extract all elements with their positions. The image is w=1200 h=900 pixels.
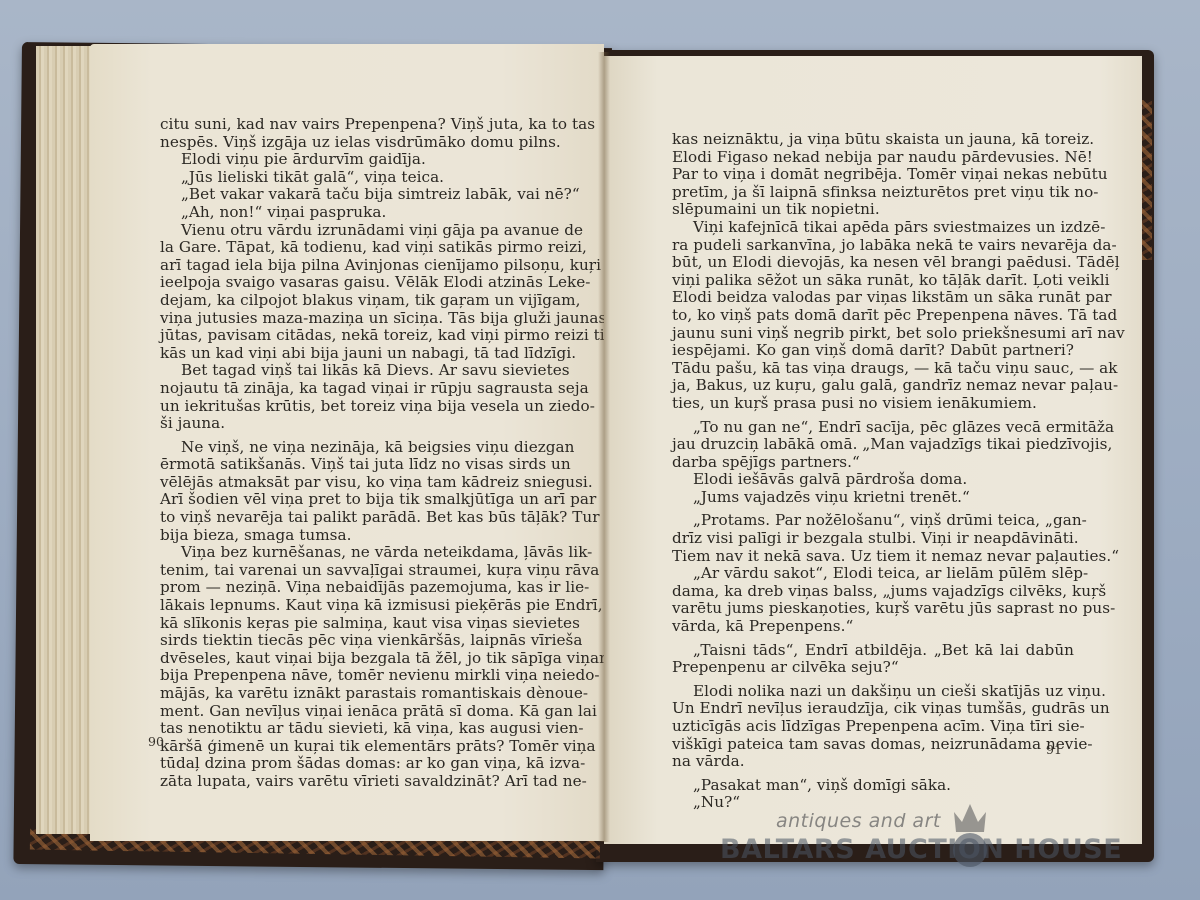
page-block-edges [36, 46, 97, 834]
text-line: jaunu suni viņš negrib pirkt, bet solo p… [672, 325, 1074, 343]
text-line: „Jūs lieliski tikāt galā“, viņa teica. [160, 169, 562, 187]
text-line: jau druzciņ labākā omā. „Man vajadzīgs t… [672, 436, 1074, 454]
text-line: ši jauna. [160, 415, 562, 433]
text-line: „Nu?“ [672, 794, 1074, 812]
text-line: kās un kad viņi abi bija jauni un nabagi… [160, 345, 562, 363]
page-number-left: 90 [148, 734, 164, 749]
right-page: kas neiznāktu, ja viņa būtu skaista un j… [604, 56, 1142, 844]
text-line: citu suni, kad nav vairs Prepenpena? Viņ… [160, 116, 562, 134]
text-line: ties, un kuŗš prasa pusi no visiem ienāk… [672, 395, 1074, 413]
text-line: Par to viņa i domāt negribēja. Tomēr viņ… [672, 166, 1074, 184]
text-line: la Gare. Tāpat, kā todienu, kad viņi sat… [160, 239, 562, 257]
text-line: Prepenpenu ar cilvēka seju?“ [672, 659, 1074, 677]
text-line: zāta lupata, vairs varētu vīrieti savald… [160, 773, 562, 791]
text-line: viņa jutusies maza-maziņa un sīciņa. Tās… [160, 310, 562, 328]
text-line: būt, un Elodi dievojās, ka nesen vēl bra… [672, 254, 1074, 272]
text-line: to, ko viņš pats domā darīt pēc Prepenpe… [672, 307, 1074, 325]
text-line: nojautu tā zināja, ka tagad viņai ir rūp… [160, 380, 562, 398]
text-line: Arī šodien vēl viņa pret to bija tik sma… [160, 491, 562, 509]
text-line: tenim, tai varenai un savvaļīgai straume… [160, 562, 562, 580]
text-line: Un Endrī nevīļus ieraudzīja, cik viņas t… [672, 700, 1074, 718]
text-line: dejam, ka cilpojot blakus viņam, tik gaŗ… [160, 292, 562, 310]
text-line: „Taisni tāds“, Endrī atbildēja. „Bet kā … [672, 642, 1074, 660]
text-line: jūtas, pavisam citādas, nekā toreiz, kad… [160, 327, 562, 345]
text-line: vēlējās atmaksāt par visu, ko viņa tam k… [160, 474, 562, 492]
left-page: citu suni, kad nav vairs Prepenpena? Viņ… [90, 44, 604, 841]
text-line: drīz visi palīgi ir bezgala stulbi. Viņi… [672, 530, 1074, 548]
text-line: arī tagad iela bija pilna Avinjonas cien… [160, 257, 562, 275]
text-line: Bet tagad viņš tai likās kā Dievs. Ar sa… [160, 362, 562, 380]
text-line: „Pasakat man“, viņš domīgi sāka. [672, 777, 1074, 795]
text-line: Viņa bez kurnēšanas, ne vārda neteikdama… [160, 544, 562, 562]
text-line: bija bieza, smaga tumsa. [160, 527, 562, 545]
text-line: Tiem nav it nekā sava. Uz tiem it nemaz … [672, 548, 1074, 566]
text-line: sirds tiektin tiecās pēc viņa vienkāršās… [160, 632, 562, 650]
text-line: viškīgi pateica tam savas domas, neizrun… [672, 736, 1074, 754]
text-line: ērmotā satikšanās. Viņš tai juta līdz no… [160, 456, 562, 474]
text-line: Elodi beidza valodas par viņas likstām u… [672, 289, 1074, 307]
text-line: kāršā ģimenē un kuŗai tik elementārs prā… [160, 738, 562, 756]
text-line: ment. Gan nevīļus viņai ienāca prātā sī … [160, 703, 562, 721]
text-line: Vienu otru vārdu izrunādami viņi gāja pa… [160, 222, 562, 240]
text-line: to viņš nevarēja tai palikt parādā. Bet … [160, 509, 562, 527]
text-line: na vārda. [672, 753, 1074, 771]
text-line: „Protams. Par nožēlošanu“, viņš drūmi te… [672, 512, 1074, 530]
text-line: mājās, ka varētu iznākt parastais romant… [160, 685, 562, 703]
marbled-edge-right [1142, 100, 1152, 260]
text-line: Elodi iešāvās galvā pārdroša doma. [672, 471, 1074, 489]
photo-scene: citu suni, kad nav vairs Prepenpena? Viņ… [0, 0, 1200, 900]
text-line: ieelpoja svaigo vasaras gaisu. Vēlāk Elo… [160, 274, 562, 292]
text-line: „Ah, non!“ viņai paspruka. [160, 204, 562, 222]
text-line: Ne viņš, ne viņa nezināja, kā beigsies v… [160, 439, 562, 457]
text-line: ja, Bakus, uz kuŗu, galu galā, gandrīz n… [672, 377, 1074, 395]
text-line: varētu jums pieskaņoties, kuŗš varētu jū… [672, 600, 1074, 618]
text-line: tas nenotiktu ar tādu sievieti, kā viņa,… [160, 720, 562, 738]
text-line: bija Prepenpena nāve, tomēr nevienu mirk… [160, 667, 562, 685]
text-line: „To nu gan ne“, Endrī sacīja, pēc glāzes… [672, 419, 1074, 437]
text-line: Elodi Figaso nekad nebija par naudu pārd… [672, 149, 1074, 167]
text-line: darba spējīgs partners.“ [672, 454, 1074, 472]
text-line: kas neiznāktu, ja viņa būtu skaista un j… [672, 131, 1074, 149]
text-line: „Jums vajadzēs viņu krietni trenēt.“ [672, 489, 1074, 507]
left-page-text: citu suni, kad nav vairs Prepenpena? Viņ… [160, 116, 562, 791]
text-line: „Bet vakar vakarā taču bija simtreiz lab… [160, 186, 562, 204]
text-line: viņi palika sēžot un sāka runāt, ko tāļā… [672, 272, 1074, 290]
text-line: dama, ka dreb viņas balss, „jums vajadzī… [672, 583, 1074, 601]
text-line: un iekritušas krūtis, bet toreiz viņa bi… [160, 398, 562, 416]
text-line: vārda, kā Prepenpens.“ [672, 618, 1074, 636]
text-line: nespēs. Viņš izgāja uz ielas visdrūmāko … [160, 134, 562, 152]
text-line: ra pudeli sarkanvīna, jo labāka nekā te … [672, 237, 1074, 255]
text-line: iespējami. Ko gan viņš domā darīt? Dabūt… [672, 342, 1074, 360]
text-line: pretīm, ja šī laipnā sfinksa neizturētos… [672, 184, 1074, 202]
text-line: tūdaļ dzina prom šādas domas: ar ko gan … [160, 755, 562, 773]
text-line: uzticīgās acis līdzīgas Prepenpena acīm.… [672, 718, 1074, 736]
text-line: lākais lepnums. Kaut viņa kā izmisusi pi… [160, 597, 562, 615]
text-line: slēpumaini un tik nopietni. [672, 201, 1074, 219]
text-line: prom — neziņā. Viņa nebaidījās pazemojum… [160, 579, 562, 597]
text-line: „Ar vārdu sakot“, Elodi teica, ar lielām… [672, 565, 1074, 583]
text-line: Elodi viņu pie ārdurvīm gaidīja. [160, 151, 562, 169]
text-line: dvēseles, kaut viņai bija bezgala tā žēl… [160, 650, 562, 668]
text-line: Tādu pašu, kā tas viņa draugs, — kā taču… [672, 360, 1074, 378]
text-line: kā slīkonis keŗas pie salmiņa, kaut visa… [160, 615, 562, 633]
text-line: Viņi kafejnīcā tikai apēda pārs sviestma… [672, 219, 1074, 237]
book-gutter [598, 52, 610, 842]
right-page-text: kas neiznāktu, ja viņa būtu skaista un j… [672, 131, 1074, 812]
page-number-right: 91 [1046, 742, 1062, 757]
text-line: Elodi nolika nazi un dakšiņu un cieši sk… [672, 683, 1074, 701]
